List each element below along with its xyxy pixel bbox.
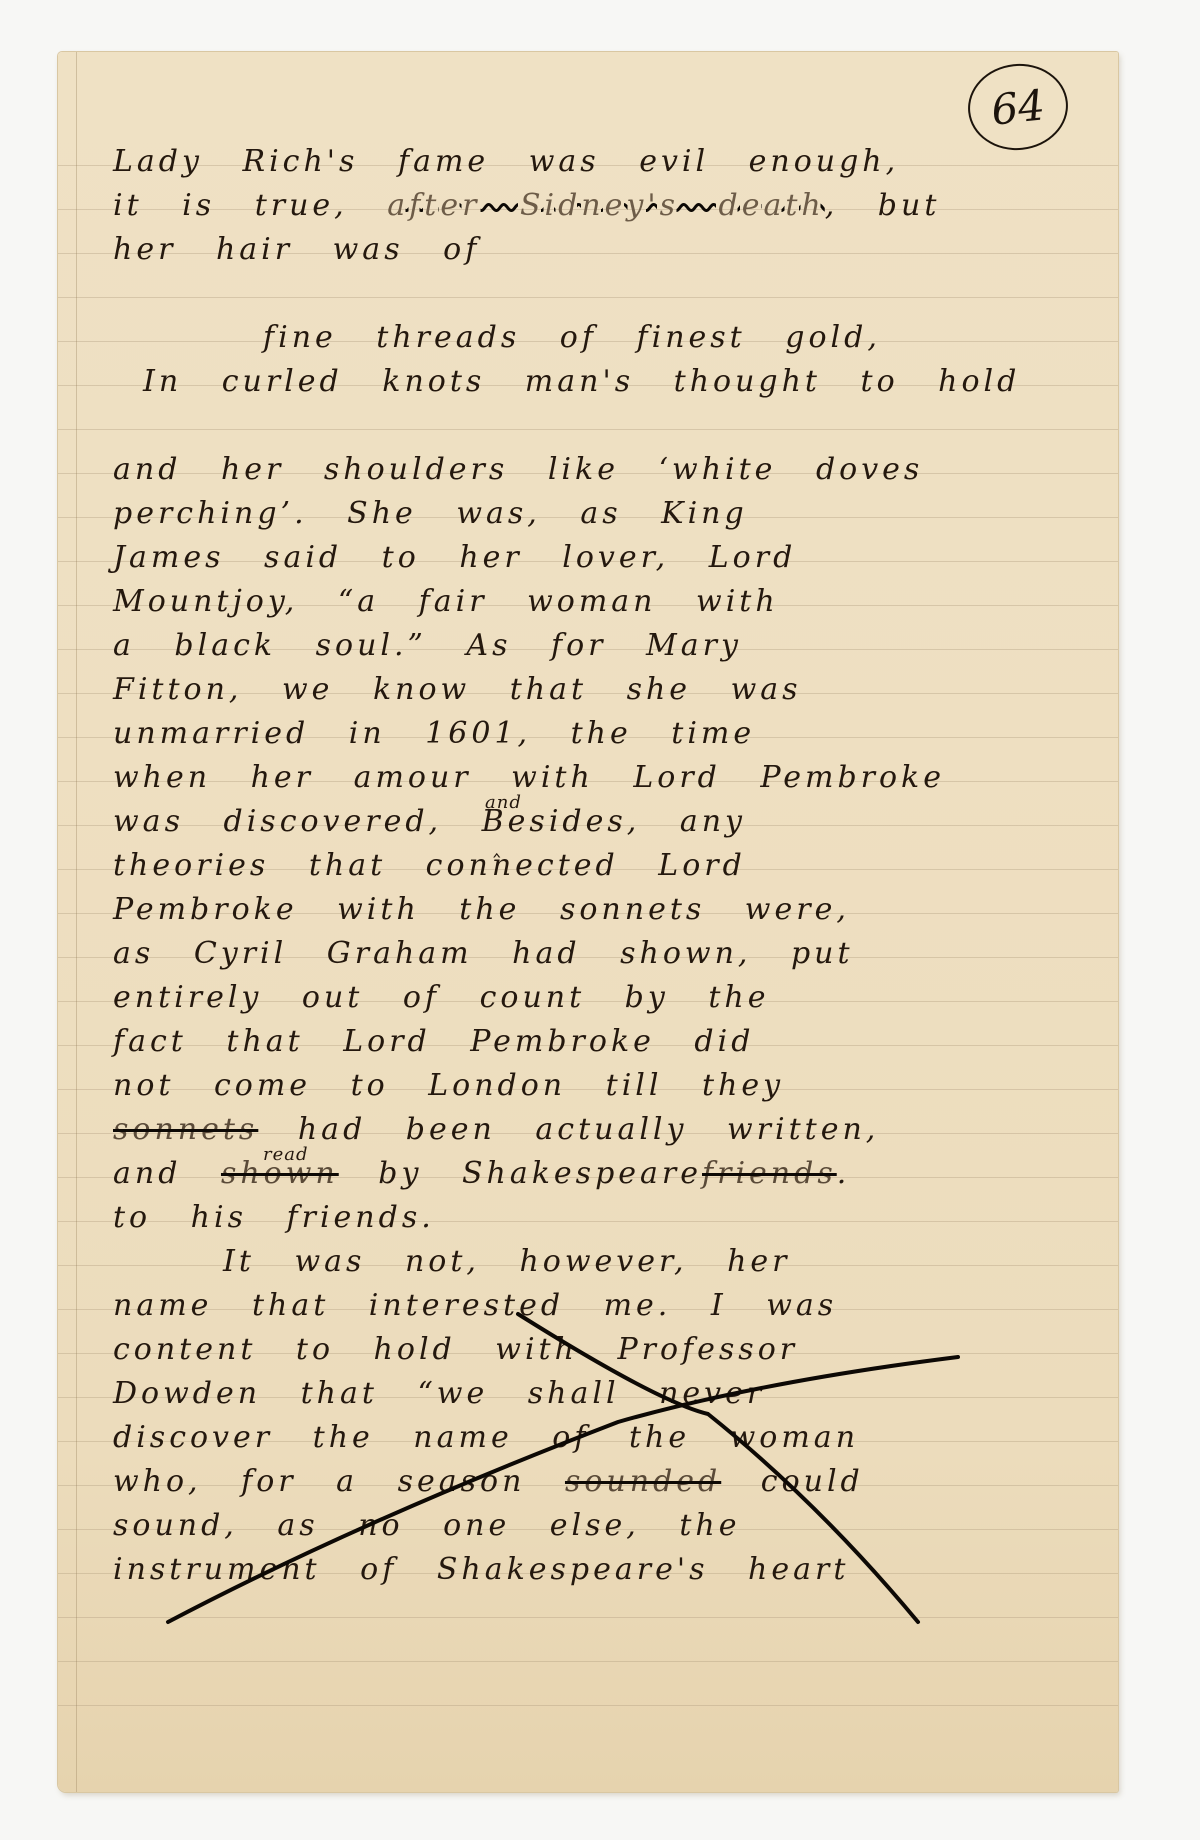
text-line: Pembroke with the sonnets were, <box>113 888 1073 932</box>
text-line: theories that connected Lord <box>113 844 1073 888</box>
line-text: fact that Lord Pembroke did <box>113 1024 754 1059</box>
line-text: a black soul.” As for Mary <box>113 628 742 663</box>
line-text: name that interested me. I was <box>113 1288 837 1323</box>
line-text: by Shakespeare <box>378 1156 702 1191</box>
text-line: sound, as no one else, the <box>113 1504 1073 1548</box>
line-text: content to hold with Professor <box>113 1332 798 1367</box>
blank-line <box>113 404 1073 448</box>
text-line: instrument of Shakespeare's heart <box>113 1548 1073 1592</box>
line-text: as Cyril Graham had shown, put <box>113 936 854 971</box>
line-text: was discovered, Besides, any <box>113 804 746 839</box>
text-line: a black soul.” As for Mary <box>113 624 1073 668</box>
line-text: had been actually written, <box>298 1112 879 1147</box>
text-line: Dowden that “we shall never <box>113 1372 1073 1416</box>
line-text: and <box>113 1156 181 1191</box>
blank-line <box>113 272 1073 316</box>
line-text: James said to her lover, Lord <box>113 540 796 575</box>
manuscript-text: Lady Rich's fame was evil enough, it is … <box>113 140 1073 1592</box>
struck-text: sounded <box>565 1464 721 1499</box>
text-line: sonnets had been actually written, <box>113 1108 1073 1152</box>
text-line: when her amour with Lord Pembroke <box>113 756 1073 800</box>
line-text: fine threads of finest gold, <box>263 320 881 355</box>
text-line: fact that Lord Pembroke did <box>113 1020 1073 1064</box>
text-line: perching’. She was, as King <box>113 492 1073 536</box>
text-line: content to hold with Professor <box>113 1328 1073 1372</box>
struck-text: sonnets <box>113 1112 258 1147</box>
text-line: as Cyril Graham had shown, put <box>113 932 1073 976</box>
struck-text: friends <box>702 1156 837 1191</box>
text-line: Mountjoy, “a fair woman with <box>113 580 1073 624</box>
line-text: sound, as no one else, the <box>113 1508 741 1543</box>
line-text: Lady Rich's fame was evil enough, <box>113 144 899 179</box>
text-line: it is true, after Sidney's death, but <box>113 184 1073 228</box>
line-text: Dowden that “we shall never <box>113 1376 765 1411</box>
text-line: was discovered, Besides, any and ‸ <box>113 800 1073 844</box>
line-text: entirely out of count by the <box>113 980 770 1015</box>
line-text: perching’. She was, as King <box>113 496 748 531</box>
paragraph-start-line: It was not, however, her <box>113 1240 1073 1284</box>
manuscript-page: 64 Lady Rich's fame was evil enough, it … <box>58 52 1118 1792</box>
line-text: Fitton, we know that she was <box>113 672 802 707</box>
inserted-word: read <box>263 1146 309 1164</box>
text-line: who, for a season sounded could <box>113 1460 1073 1504</box>
inserted-word: and <box>485 794 522 812</box>
text-line: her hair was of <box>113 228 1073 272</box>
line-text: In curled knots man's thought to hold <box>143 364 1020 399</box>
text-line: to his friends. <box>113 1196 1073 1240</box>
line-text: discover the name of the woman <box>113 1420 859 1455</box>
text-line: name that interested me. I was <box>113 1284 1073 1328</box>
line-text: Pembroke with the sonnets were, <box>113 892 850 927</box>
text-line: and her shoulders like ‘white doves <box>113 448 1073 492</box>
line-text: Mountjoy, “a fair woman with <box>113 584 779 619</box>
verse-line: In curled knots man's thought to hold <box>113 360 1073 404</box>
text-line: Lady Rich's fame was evil enough, <box>113 140 1073 184</box>
line-text: could <box>761 1464 864 1499</box>
line-text: unmarried in 1601, the time <box>113 716 755 751</box>
verse-line: fine threads of finest gold, <box>113 316 1073 360</box>
line-text: , but <box>825 188 941 223</box>
line-text: and her shoulders like ‘white doves <box>113 452 923 487</box>
text-line: discover the name of the woman <box>113 1416 1073 1460</box>
page-number: 64 <box>989 80 1047 134</box>
line-text: instrument of Shakespeare's heart <box>113 1552 849 1587</box>
line-text: to his friends. <box>113 1200 435 1235</box>
text-line: and shown read by Shakespearefriends. <box>113 1152 1073 1196</box>
line-text: theories that connected Lord <box>113 848 746 883</box>
line-text: it is true, <box>113 188 348 223</box>
line-text: . <box>837 1156 851 1191</box>
line-text: her hair was of <box>113 232 480 267</box>
line-text: when her amour with Lord Pembroke <box>113 760 945 795</box>
text-line: unmarried in 1601, the time <box>113 712 1073 756</box>
text-line: Fitton, we know that she was <box>113 668 1073 712</box>
line-text: who, for a season <box>113 1464 525 1499</box>
text-line: not come to London till they <box>113 1064 1073 1108</box>
text-line: entirely out of count by the <box>113 976 1073 1020</box>
line-text: not come to London till they <box>113 1068 784 1103</box>
text-line: James said to her lover, Lord <box>113 536 1073 580</box>
line-text: It was not, however, her <box>223 1244 791 1279</box>
struck-text: after Sidney's death <box>387 188 824 223</box>
